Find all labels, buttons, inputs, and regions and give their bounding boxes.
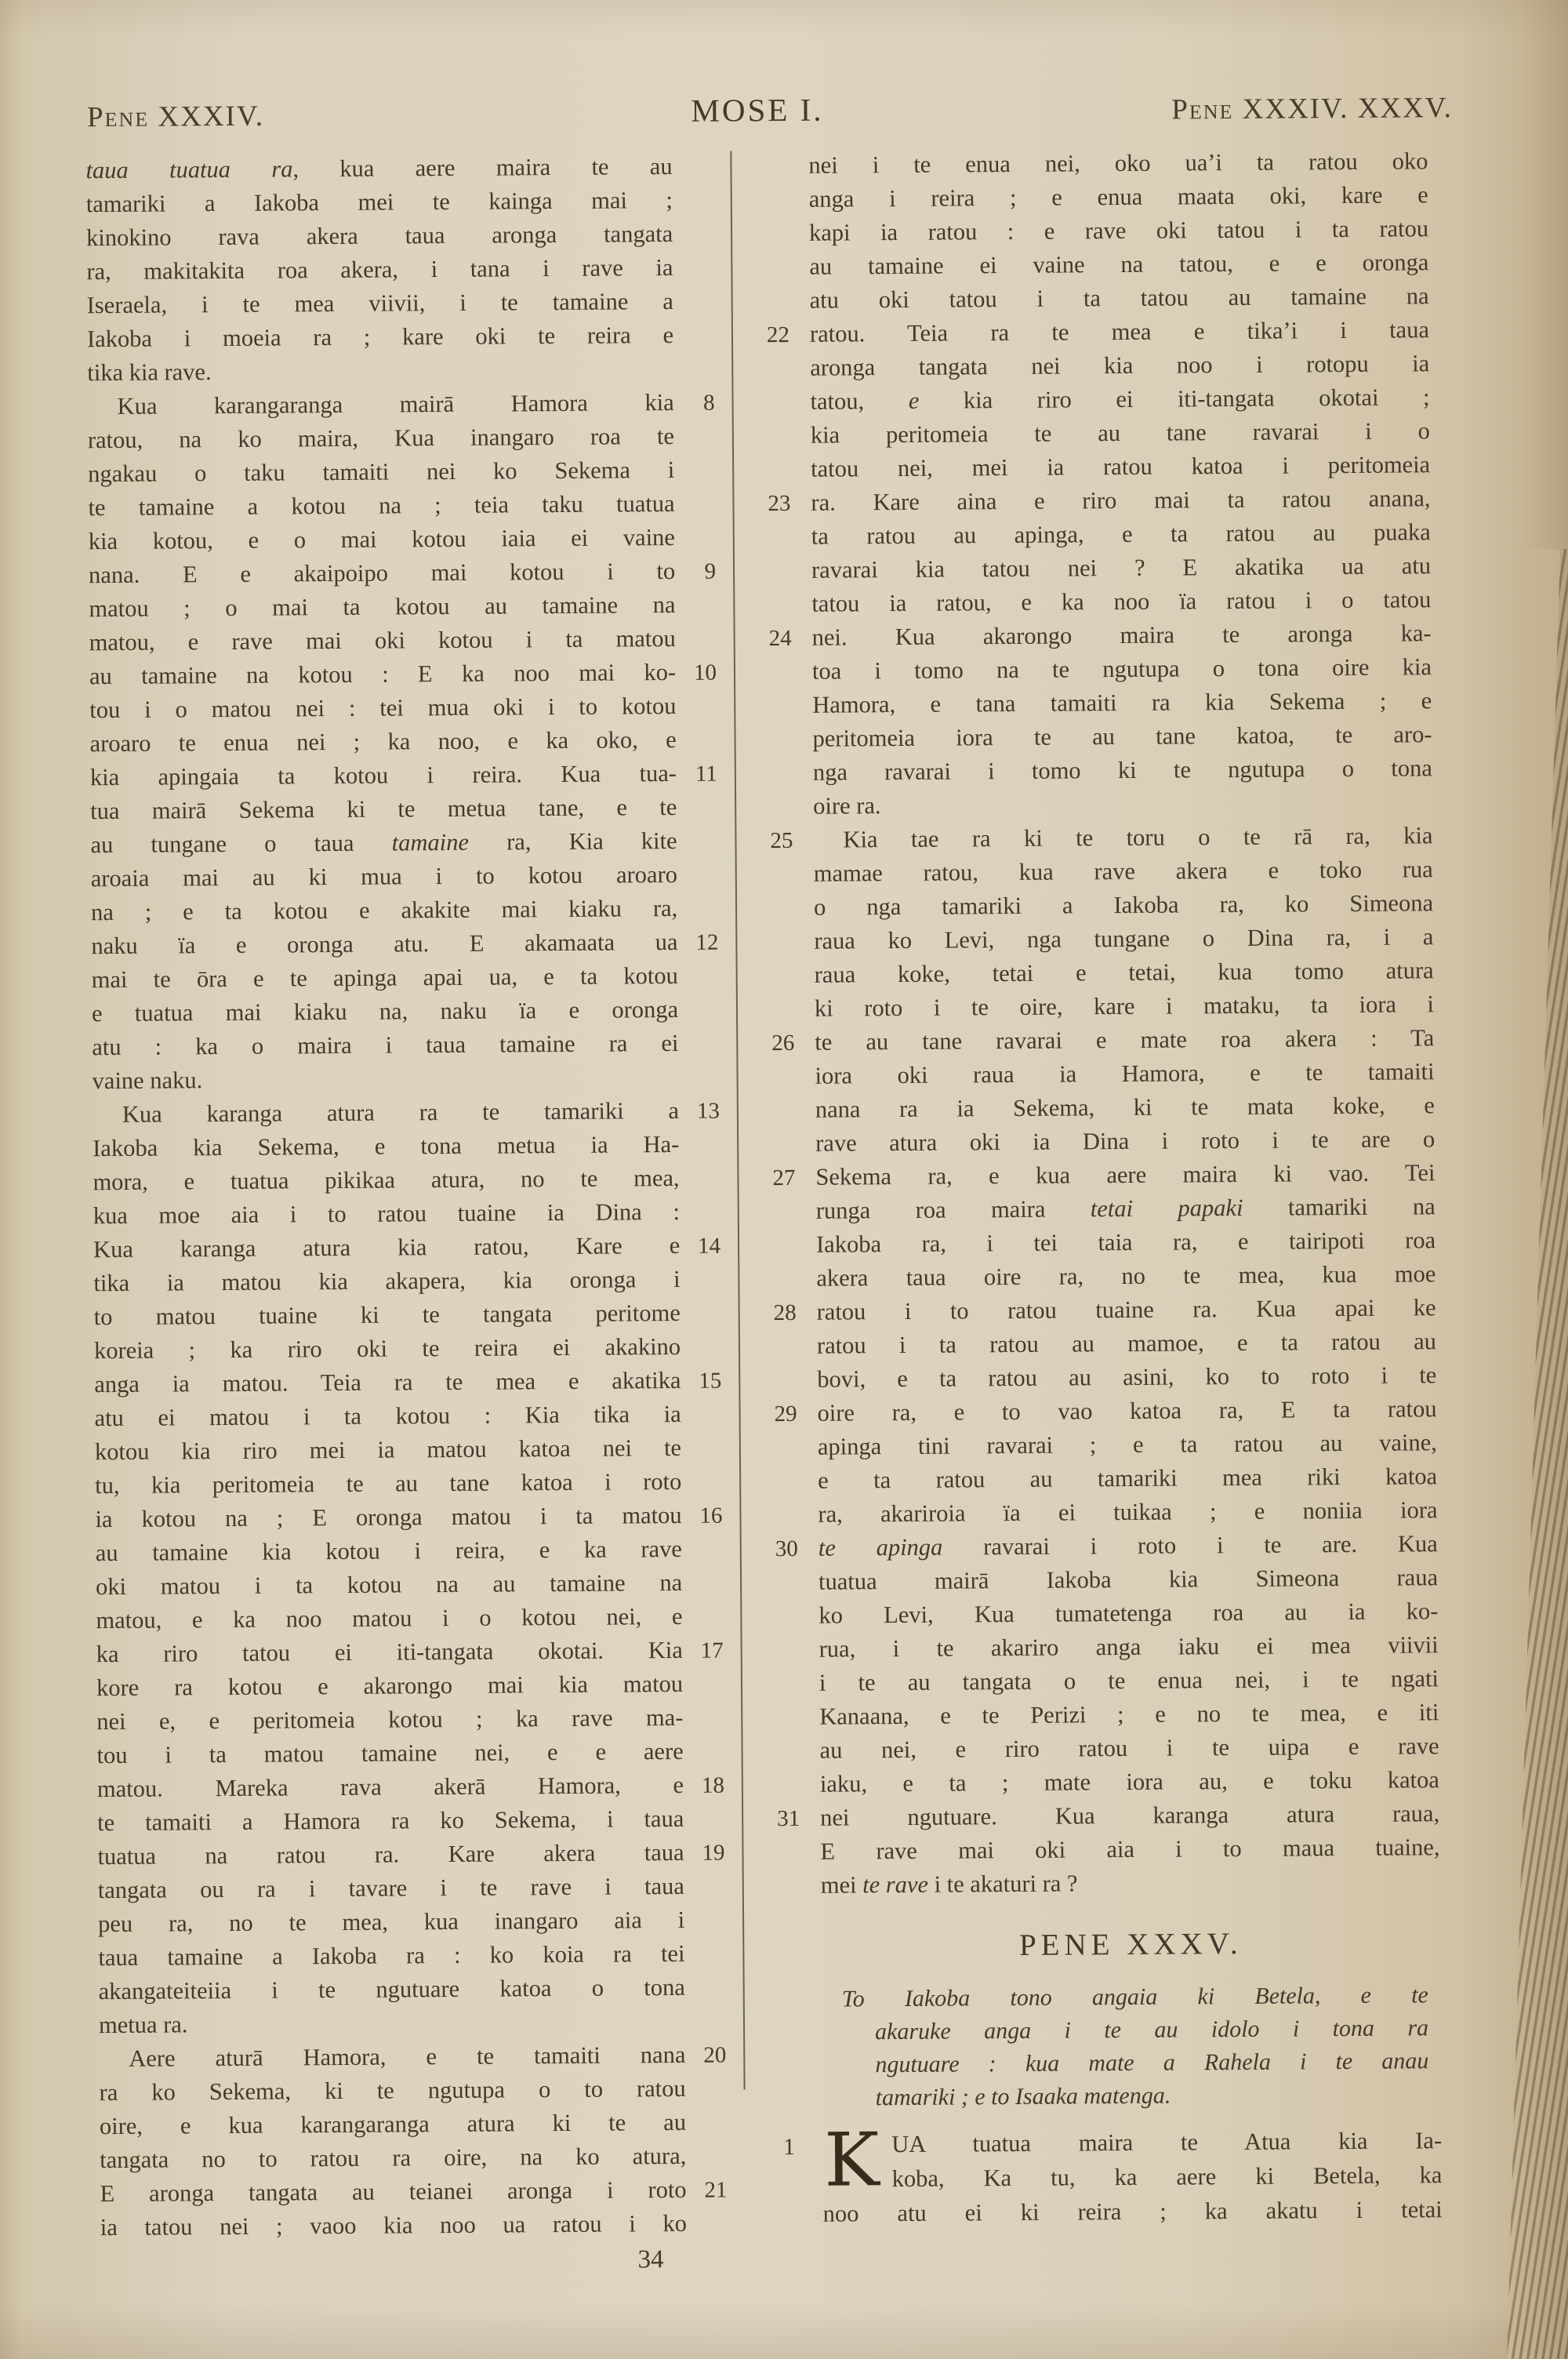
text-line: atu ei matou i ta kotou : Kia tika ia: [94, 1398, 723, 1436]
text-line: mai te ōra e te apinga apai ua, e ta kot…: [92, 959, 720, 998]
line-text: tuatua na ratou ra. Kare akera taua: [97, 1836, 684, 1874]
running-head-right: Pene XXXIV. XXXV.: [1065, 91, 1453, 127]
text-line: tuatua na ratou ra. Kare akera taua19: [97, 1836, 726, 1874]
verse-number: 23: [768, 487, 811, 521]
line-text: kore ra kotou e akarongo mai kia matou: [96, 1667, 683, 1705]
text-line: to matou tuaine ki te tangata peritome: [94, 1296, 723, 1335]
line-text: oire ra.: [813, 785, 1432, 823]
verse-number: 24: [769, 622, 812, 656]
text-line: To Iakoba tono angaia ki Betela, e te: [842, 1979, 1428, 2016]
line-text: ratou, na ko maira, Kua inangaro roa te: [88, 420, 674, 457]
verse-number: 16: [681, 1499, 724, 1533]
verse-number: 13: [679, 1095, 721, 1129]
line-text: ra. Kare aina e riro mai ta ratou anana,: [811, 482, 1430, 520]
line-text: ratou. Teia ra te mea e tika’i i taua: [810, 313, 1429, 351]
verse-number: 26: [771, 1027, 815, 1060]
line-text: tika ia matou kia akapera, kia oronga i: [93, 1263, 680, 1300]
line-text: nga ravarai i tomo ki te ngutupa o tona: [813, 751, 1432, 790]
line-text: e tuatua mai kiaku na, naku ïa e oronga: [92, 993, 678, 1030]
text-line: 31nei ngutuare. Kua karanga atura raua,: [777, 1797, 1439, 1835]
text-line: tika ia matou kia akapera, kia oronga i: [93, 1263, 722, 1301]
right-column-body: nei i te enua nei, oko ua’i ta ratou oko…: [765, 144, 1440, 1903]
line-text: tuatua mairā Iakoba kia Simeona raua: [818, 1561, 1438, 1599]
line-text: nei ngutuare. Kua karanga atura raua,: [820, 1797, 1439, 1835]
line-text: rua, i te akariro anga iaku ei mea viivi…: [819, 1628, 1439, 1667]
right-column: nei i te enua nei, oko ua’i ta ratou oko…: [765, 144, 1443, 2231]
text-line: 24nei. Kua akarongo maira te aronga ka-: [769, 616, 1432, 655]
text-line: ra, makitakita roa akera, i tana i rave …: [86, 251, 715, 289]
line-text: naku ïa e oronga atu. E akamaata ua: [91, 925, 677, 963]
line-text: tu, kia peritomeia te au tane katoa i ro…: [95, 1465, 681, 1503]
chapter-heading: PENE XXXV.: [821, 1925, 1440, 1965]
line-text: atu ei matou i ta kotou : Kia tika ia: [94, 1398, 681, 1435]
text-line: matou, e ka noo matou i o kotou nei, e: [96, 1600, 724, 1638]
line-text: tou i o matou nei : tei mua oki i to kot…: [89, 689, 676, 727]
text-line: au tamaine na kotou : E ka noo mai ko-10: [89, 656, 718, 694]
text-line: tamariki ; e to Isaaka matenga.: [843, 2077, 1429, 2114]
line-text: atu : ka o maira i taua tamaine ra ei: [92, 1027, 678, 1064]
text-line: akangateiteiia i te ngutuare katoa o ton…: [99, 1971, 728, 2009]
text-line: nana. E e akaipoipo mai kotou i to9: [89, 554, 717, 593]
line-text: tatou nei, mei ia ratou katoa i peritome…: [811, 448, 1430, 486]
line-text: iora oki raua ia Hamora, e te tamaiti: [815, 1055, 1434, 1093]
verse-number: 28: [774, 1296, 817, 1330]
line-text: raua ko Levi, nga tungane o Dina ra, i a: [814, 920, 1433, 958]
text-line: ra, akariroia ïa ei tuikaa ; e noniia io…: [775, 1493, 1437, 1532]
line-text: au tamaine kia kotou i reira, e ka rave: [96, 1532, 682, 1570]
line-text: oire ra, e to vao katoa ra, E ta ratou: [817, 1392, 1436, 1430]
scanned-text-block: Pene XXXIV. MOSE I. Pene XXXIV. XXXV. ta…: [0, 0, 1568, 2359]
line-text: te au tane ravarai e mate roa akera : Ta: [815, 1021, 1434, 1060]
line-text: akera taua oire ra, no te mea, kua moe: [816, 1257, 1436, 1296]
text-line: ko Levi, Kua tumatetenga roa au ia ko-: [775, 1594, 1438, 1633]
line-text: te apinga ravarai i roto i te are. Kua: [818, 1527, 1438, 1565]
text-line: iaku, e ta ; mate iora au, e toku katoa: [777, 1763, 1439, 1801]
verse-number: 21: [686, 2174, 728, 2208]
text-line: rave atura oki ia Dina i roto i te are o: [772, 1122, 1435, 1161]
line-text: taua tuatua ra, kua aere maira te au: [85, 150, 672, 187]
text-line: 27Sekema ra, e kua aere maira ki vao. Te…: [772, 1156, 1435, 1194]
line-text: tika kia rave.: [87, 352, 673, 390]
text-line: ngakau o taku tamaiti nei ko Sekema i: [88, 453, 717, 492]
line-text: E rave mai oki aia i to maua tuaine,: [820, 1830, 1439, 1869]
text-line: o nga tamariki a Iakoba ra, ko Simeona: [771, 886, 1433, 925]
text-line: iora oki raua ia Hamora, e te tamaiti: [771, 1055, 1434, 1093]
text-line: anga ia matou. Teia ra te mea e akatika1…: [94, 1364, 723, 1402]
line-text: anga i reira ; e enua maata oki, kare e: [809, 178, 1428, 216]
text-line: au nei, e riro ratou i te uipa e rave: [776, 1729, 1439, 1768]
text-line: oire, e kua karangaranga atura ki te au: [100, 2106, 728, 2144]
line-text: kia apingaia ta kotou i reira. Kua tua-: [90, 757, 677, 794]
line-text: mamae ratou, kua rave akera e toko rua: [814, 852, 1433, 891]
text-line: tangata no to ratou ra oire, na ko atura…: [100, 2139, 728, 2178]
line-text: au nei, e riro ratou i te uipa e rave: [819, 1729, 1439, 1768]
line-text: metua ra.: [99, 2005, 685, 2042]
text-line: kia kotou, e o mai kotou iaia ei vaine: [89, 521, 717, 559]
text-line: na ; e ta kotou e akakite mai kiaku ra,: [91, 892, 720, 930]
text-line: ki roto i te oire, kare i mataku, ta ior…: [771, 987, 1434, 1026]
line-text: koreia ; ka riro oki te reira ei akakino: [94, 1330, 681, 1368]
line-text: aroaro te enua nei ; ka noo, e ka oko, e: [89, 723, 676, 761]
text-line: UA tuatua maira te Atua kia Ia-: [891, 2123, 1442, 2161]
line-text: e ta ratou au tamariki mea riki katoa: [818, 1459, 1437, 1498]
line-text: kua moe aia i to ratou tuaine ia Dina :: [93, 1195, 680, 1233]
line-text: aroaia mai au ki mua i to kotou aroaro: [91, 858, 677, 896]
line-text: kinokino rava akera taua aronga tangata: [86, 217, 673, 255]
line-text: matou, e rave mai oki kotou i ta matou: [89, 622, 676, 660]
text-line: kua moe aia i to ratou tuaine ia Dina :: [93, 1195, 722, 1234]
text-line: Iakoba ra, i tei taia ra, e tairipoti ro…: [773, 1223, 1436, 1262]
text-line: tou i o matou nei : tei mua oki i to kot…: [89, 689, 718, 728]
line-text: ngutuare : kua mate a Rahela i te anau: [842, 2045, 1428, 2081]
line-text: ia tatou nei ; vaoo kia noo ua ratou i k…: [100, 2207, 687, 2245]
text-line: Kanaana, e te Perizi ; e no te mea, e it…: [776, 1696, 1439, 1734]
text-line: peu ra, no te mea, kua inangaro aia i: [98, 1903, 727, 1942]
line-text: koba, Ka tu, ka aere ki Betela, ka: [891, 2157, 1442, 2196]
text-line: koreia ; ka riro oki te reira ei akakino: [94, 1330, 723, 1369]
book-page: Pene XXXIV. MOSE I. Pene XXXIV. XXXV. ta…: [0, 0, 1568, 2359]
line-text: ki roto i te oire, kare i mataku, ta ior…: [815, 987, 1434, 1026]
line-text: Iakoba kia Sekema, e tona metua ia Ha-: [93, 1128, 679, 1165]
line-text: tatou, e kia riro ei iti-tangata okotai …: [810, 380, 1429, 419]
line-text: Iseraela, i te mea viivii, i te tamaine …: [87, 285, 673, 322]
left-column: taua tuatua ra, kua aere maira te autama…: [85, 150, 729, 2245]
line-text: oire, e kua karangaranga atura ki te au: [100, 2106, 686, 2143]
line-text: akaruke anga i te au idolo i tona ra: [842, 2012, 1428, 2048]
text-line: ngutuare : kua mate a Rahela i te anau: [842, 2045, 1428, 2081]
verse-number: 18: [684, 1769, 726, 1803]
chapter-summary: To Iakoba tono angaia ki Betela, e teaka…: [822, 1979, 1442, 2115]
verse-number: 27: [772, 1161, 815, 1195]
drop-cap: K: [824, 2130, 880, 2196]
verse-number: 15: [681, 1365, 723, 1398]
verse-number: 1: [783, 2134, 795, 2161]
line-text: mora, e tuatua pikikaa atura, no te mea,: [93, 1161, 679, 1199]
text-line: aroaia mai au ki mua i to kotou aroaro: [91, 858, 720, 896]
line-text: Kua karanga atura ra te tamariki a: [93, 1094, 679, 1132]
text-line: taua tamaine a Iakoba ra : ko koia ra te…: [98, 1937, 727, 1976]
text-line: nei e, e peritomeia kotou ; ka rave ma-: [96, 1701, 725, 1739]
text-line: aronga tangata nei kia noo i rotopu ia: [767, 347, 1429, 385]
text-line: ratou i ta ratou au mamoe, e ta ratou au: [774, 1325, 1436, 1363]
text-line: 26te au tane ravarai e mate roa akera : …: [771, 1021, 1434, 1060]
verse-number: 25: [770, 824, 813, 858]
verse-number: 14: [680, 1230, 722, 1263]
line-text: iaku, e ta ; mate iora au, e toku katoa: [820, 1763, 1439, 1801]
text-line: matou ; o mai ta kotou au tamaine na: [89, 588, 717, 627]
line-text: kia kotou, e o mai kotou iaia ei vaine: [89, 521, 675, 558]
line-text: Sekema ra, e kua aere maira ki vao. Tei: [815, 1156, 1435, 1194]
text-line: Iakoba i moeia ra ; kare oki te reira e: [87, 318, 716, 357]
line-text: runga roa maira tetai papaki tamariki na: [816, 1190, 1436, 1228]
line-text: na ; e ta kotou e akakite mai kiaku ra,: [91, 892, 677, 929]
text-line: Kua karanga atura kia ratou, Kare e14: [93, 1229, 722, 1267]
line-text: tangata ou ra i tavare i te rave i taua: [98, 1870, 684, 1907]
text-line: 22ratou. Teia ra te mea e tika’i i taua: [767, 313, 1429, 351]
verse-number: 9: [675, 555, 717, 589]
line-text: au tamaine ei vaine na tatou, e e oronga: [809, 245, 1428, 284]
text-line: E rave mai oki aia i to maua tuaine,: [777, 1830, 1439, 1869]
line-text: E aronga tangata au teianei aronga i rot…: [100, 2173, 686, 2211]
line-text: Iakoba ra, i tei taia ra, e tairipoti ro…: [816, 1223, 1436, 1262]
text-line: Iakoba kia Sekema, e tona metua ia Ha-: [93, 1128, 721, 1166]
line-text: mai te ōra e te apinga apai ua, e ta kot…: [92, 959, 678, 997]
line-text: Kanaana, e te Perizi ; e no te mea, e it…: [819, 1696, 1439, 1734]
line-text: nana ra ia Sekema, ki te mata koke, e: [815, 1089, 1435, 1127]
text-line: akera taua oire ra, no te mea, kua moe: [773, 1257, 1436, 1296]
line-text: ra, makitakita roa akera, i tana i rave …: [86, 251, 673, 289]
verse-1-block: 1 K UA tuatua maira te Atua kia Ia-koba,…: [822, 2123, 1443, 2231]
line-text: nana. E e akaipoipo mai kotou i to: [89, 554, 675, 592]
text-line: atu : ka o maira i taua tamaine ra ei: [92, 1027, 720, 1065]
text-line: kinokino rava akera taua aronga tangata: [86, 217, 715, 256]
line-text: akangateiteiia i te ngutuare katoa o ton…: [99, 1971, 685, 2008]
text-line: nana ra ia Sekema, ki te mata koke, e: [772, 1089, 1435, 1127]
text-line: ra ko Sekema, ki te ngutupa o to ratou: [99, 2072, 728, 2110]
line-text: nei. Kua akarongo maira te aronga ka-: [812, 616, 1432, 655]
text-line: i te au tangata o te enua nei, i te ngat…: [776, 1662, 1439, 1700]
text-line: tuatua mairā Iakoba kia Simeona raua: [775, 1561, 1438, 1599]
text-line: tou i ta matou tamaine nei, e e aere: [96, 1735, 725, 1773]
verse-number: 31: [777, 1802, 820, 1836]
line-text: Hamora, e tana tamaiti ra kia Sekema ; e: [812, 684, 1432, 722]
line-text: Aere aturā Hamora, e te tamaiti nana: [99, 2038, 685, 2076]
line-text: rave atura oki ia Dina i roto i te are o: [815, 1122, 1435, 1161]
text-line: Iseraela, i te mea viivii, i te tamaine …: [87, 285, 716, 323]
text-line: au tamaine kia kotou i reira, e ka rave: [96, 1532, 724, 1571]
verse-number: 10: [676, 656, 718, 690]
text-line: kore ra kotou e akarongo mai kia matou: [96, 1667, 725, 1706]
line-text: au tamaine na kotou : E ka noo mai ko-: [89, 656, 676, 693]
text-line: metua ra.: [99, 2005, 728, 2043]
text-line: apinga tini ravarai ; e ta ratou au vain…: [775, 1426, 1437, 1464]
text-line: 25Kia tae ra ki te toru o te rā ra, kia: [770, 819, 1432, 857]
line-text: nei i te enua nei, oko ua’i ta ratou oko: [808, 144, 1428, 183]
text-line: 30te apinga ravarai i roto i te are. Kua: [775, 1527, 1438, 1565]
text-line: koba, Ka tu, ka aere ki Betela, ka: [891, 2157, 1442, 2196]
text-line: ta ratou au apinga, e ta ratou au puaka: [768, 515, 1431, 554]
text-line: oki matou i ta kotou na au tamaine na: [96, 1566, 724, 1605]
line-text: taua tamaine a Iakoba ra : ko koia ra te…: [98, 1937, 684, 1975]
text-line: mamae ratou, kua rave akera e toko rua: [771, 852, 1433, 891]
verse-number: 17: [683, 1634, 725, 1668]
verse-number: 11: [677, 758, 719, 791]
text-line: E aronga tangata au teianei aronga i rot…: [100, 2173, 728, 2212]
line-text: nei e, e peritomeia kotou ; ka rave ma-: [96, 1701, 683, 1739]
text-line: taua tuatua ra, kua aere maira te au: [85, 150, 714, 188]
text-line: tatou, e kia riro ei iti-tangata okotai …: [767, 380, 1429, 419]
line-text: te tamaiti a Hamora ra ko Sekema, i taua: [97, 1802, 684, 1840]
text-line: atu oki tatou i ta tatou au tamaine na: [767, 279, 1429, 318]
line-text: ravarai kia tatou nei ? E akatika ua atu: [811, 549, 1431, 587]
text-line: peritomeia iora te au tane katoa, te aro…: [769, 718, 1432, 756]
line-text: peu ra, no te mea, kua inangaro aia i: [98, 1903, 684, 1941]
line-text: matou. Mareka rava akerā Hamora, e: [97, 1768, 684, 1806]
text-line: tamariki a Iakoba mei te kainga mai ;: [86, 184, 715, 222]
text-line: te tamaine a kotou na ; teia taku tuatua: [88, 487, 717, 525]
line-text: ko Levi, Kua tumatetenga roa au ia ko-: [818, 1594, 1438, 1633]
text-line: akaruke anga i te au idolo i tona ra: [842, 2012, 1428, 2048]
verse-number: 19: [684, 1837, 726, 1870]
line-text: ratou i ta ratou au mamoe, e ta ratou au: [817, 1325, 1436, 1363]
text-line: vaine naku.: [92, 1060, 720, 1099]
text-line: anga i reira ; e enua maata oki, kare e: [766, 178, 1428, 216]
text-line: Aere aturā Hamora, e te tamaiti nana20: [99, 2038, 728, 2077]
line-text: UA tuatua maira te Atua kia Ia-: [891, 2123, 1442, 2161]
verse-number: 29: [774, 1398, 817, 1431]
line-text: matou ; o mai ta kotou au tamaine na: [89, 588, 675, 626]
text-line: ratou, na ko maira, Kua inangaro roa te: [88, 420, 717, 458]
line-text: aronga tangata nei kia noo i rotopu ia: [810, 347, 1429, 385]
text-line: 28ratou i to ratou tuaine ra. Kua apai k…: [774, 1291, 1436, 1329]
text-line: e ta ratou au tamariki mea riki katoa: [775, 1459, 1437, 1498]
text-line: raua ko Levi, nga tungane o Dina ra, i a: [771, 920, 1433, 958]
text-line: bovi, e ta ratou au asini, ko to roto i …: [774, 1358, 1436, 1397]
line-text: kapi ia ratou : e rave oki tatou i ta ra…: [809, 212, 1428, 250]
verse-number: 8: [674, 387, 717, 420]
text-line: ravarai kia tatou nei ? E akatika ua atu: [768, 549, 1431, 587]
text-line: e tuatua mai kiaku na, naku ïa e oronga: [92, 993, 720, 1031]
line-text: bovi, e ta ratou au asini, ko to roto i …: [817, 1358, 1436, 1397]
line-text: mei te rave i te akaturi ra ?: [821, 1864, 1440, 1903]
line-text: raua koke, tetai e tetai, kua tomo atura: [815, 954, 1434, 992]
line-text: Kia tae ra ki te toru o te rā ra, kia: [813, 819, 1432, 857]
running-head-center: MOSE I.: [601, 90, 914, 130]
line-text: matou, e ka noo matou i o kotou nei, e: [96, 1600, 682, 1637]
line-text: ra ko Sekema, ki te ngutupa o to ratou: [99, 2072, 685, 2110]
line-text: au tungane o taua tamaine ra, Kia kite: [90, 824, 677, 862]
text-line: ia kotou na ; E oronga matou i ta matou1…: [95, 1499, 724, 1537]
verse-number: 20: [685, 2039, 728, 2073]
text-line: raua koke, tetai e tetai, kua tomo atura: [771, 954, 1434, 992]
line-text: to matou tuaine ki te tangata peritome: [94, 1296, 681, 1334]
line-text: kotou kia riro mei ia matou katoa nei te: [95, 1431, 681, 1469]
line-text: tou i ta matou tamaine nei, e e aere: [96, 1735, 683, 1772]
line-text: tamariki ; e to Isaaka matenga.: [843, 2077, 1429, 2114]
text-line: 29oire ra, e to vao katoa ra, E ta ratou: [774, 1392, 1436, 1430]
text-line: tika kia rave.: [87, 352, 716, 391]
line-text: vaine naku.: [92, 1060, 678, 1098]
text-line: te tamaiti a Hamora ra ko Sekema, i taua: [97, 1802, 726, 1841]
line-text: tua mairā Sekema ki te metua tane, e te: [90, 791, 677, 828]
text-line: nga ravarai i tomo ki te ngutupa o tona: [770, 751, 1432, 790]
line-text: Kua karanga atura kia ratou, Kare e: [93, 1229, 680, 1267]
line-text: ia kotou na ; E oronga matou i ta matou: [95, 1499, 681, 1536]
text-line: kia apingaia ta kotou i reira. Kua tua-1…: [90, 757, 719, 795]
verse-number: 30: [775, 1532, 818, 1566]
line-text: kia peritomeia te au tane ravarai i o: [811, 414, 1430, 453]
text-line: au tamaine ei vaine na tatou, e e oronga: [766, 245, 1428, 284]
column-divider-rule: [730, 151, 745, 2089]
line-text: toa i tomo na te ngutupa o tona oire kia: [812, 650, 1432, 689]
text-line: Hamora, e tana tamaiti ra kia Sekema ; e: [769, 684, 1432, 722]
page-number: 34: [572, 2245, 729, 2275]
line-text: ta ratou au apinga, e ta ratou au puaka: [811, 515, 1431, 554]
line-text: ra, akariroia ïa ei tuikaa ; e noniia io…: [818, 1493, 1437, 1532]
verse-number: 22: [767, 318, 810, 352]
running-head-left: Pene XXXIV.: [87, 100, 264, 135]
text-line: ia tatou nei ; vaoo kia noo ua ratou i k…: [100, 2207, 729, 2245]
text-line: mei te rave i te akaturi ra ?: [778, 1864, 1440, 1903]
page-edge-shading: [1521, 0, 1568, 549]
line-text: anga ia matou. Teia ra te mea e akatika: [94, 1364, 681, 1401]
text-line: noo atu ei ki reira ; ka akatu i tetai: [823, 2192, 1443, 2231]
text-line: kapi ia ratou : e rave oki tatou i ta ra…: [766, 212, 1428, 250]
line-text: ngakau o taku tamaiti nei ko Sekema i: [88, 453, 674, 491]
line-text: ka riro tatou ei iti-tangata okotai. Kia: [96, 1634, 683, 1671]
verse-number: 12: [677, 926, 720, 960]
line-text: te tamaine a kotou na ; teia taku tuatua: [88, 487, 674, 525]
text-line: oire ra.: [770, 785, 1432, 823]
line-text: tatou ia ratou, e ka noo ïa ratou i o ta…: [811, 583, 1431, 621]
line-text: atu oki tatou i ta tatou au tamaine na: [810, 279, 1429, 318]
text-line: runga roa maira tetai papaki tamariki na: [773, 1190, 1436, 1228]
line-text: tangata no to ratou ra oire, na ko atura…: [100, 2139, 686, 2177]
text-line: 23ra. Kare aina e riro mai ta ratou anan…: [768, 482, 1430, 520]
line-text: i te au tangata o te enua nei, i te ngat…: [819, 1662, 1439, 1700]
text-line: Kua karangaranga mairā Hamora kia8: [87, 386, 716, 424]
text-line: rua, i te akariro anga iaku ei mea viivi…: [776, 1628, 1439, 1667]
text-line: tu, kia peritomeia te au tane katoa i ro…: [95, 1465, 724, 1503]
line-text: ratou i to ratou tuaine ra. Kua apai ke: [817, 1291, 1436, 1329]
line-text: Iakoba i moeia ra ; kare oki te reira e: [87, 318, 673, 356]
text-line: matou, e rave mai oki kotou i ta matou: [89, 622, 718, 660]
line-text: peritomeia iora te au tane katoa, te aro…: [812, 718, 1432, 756]
text-line: tatou nei, mei ia ratou katoa i peritome…: [768, 448, 1430, 486]
text-line: au tungane o taua tamaine ra, Kia kite: [90, 824, 719, 863]
text-line: ka riro tatou ei iti-tangata okotai. Kia…: [96, 1634, 725, 1672]
text-line: tua mairā Sekema ki te metua tane, e te: [90, 791, 719, 829]
text-line: kia peritomeia te au tane ravarai i o: [768, 414, 1430, 453]
text-line: nei i te enua nei, oko ua’i ta ratou oko: [765, 144, 1428, 183]
text-line: mora, e tuatua pikikaa atura, no te mea,: [93, 1161, 721, 1200]
line-text: To Iakoba tono angaia ki Betela, e te: [842, 1979, 1428, 2016]
text-line: kotou kia riro mei ia matou katoa nei te: [95, 1431, 724, 1470]
text-line: tangata ou ra i tavare i te rave i taua: [98, 1870, 727, 1908]
text-line: matou. Mareka rava akerā Hamora, e18: [97, 1768, 726, 1807]
line-text: oki matou i ta kotou na au tamaine na: [96, 1566, 682, 1604]
line-text: tamariki a Iakoba mei te kainga mai ;: [86, 184, 673, 221]
text-line: tatou ia ratou, e ka noo ïa ratou i o ta…: [768, 583, 1431, 621]
line-text: Kua karangaranga mairā Hamora kia: [87, 386, 673, 423]
line-text: apinga tini ravarai ; e ta ratou au vain…: [818, 1426, 1437, 1464]
verse-1-lines: UA tuatua maira te Atua kia Ia-koba, Ka …: [822, 2123, 1443, 2197]
text-line: Kua karanga atura ra te tamariki a13: [93, 1094, 721, 1132]
text-line: toa i tomo na te ngutupa o tona oire kia: [769, 650, 1432, 689]
text-line: naku ïa e oronga atu. E akamaata ua12: [91, 925, 720, 964]
line-text: o nga tamariki a Iakoba ra, ko Simeona: [814, 886, 1433, 925]
text-line: aroaro te enua nei ; ka noo, e ka oko, e: [89, 723, 718, 761]
